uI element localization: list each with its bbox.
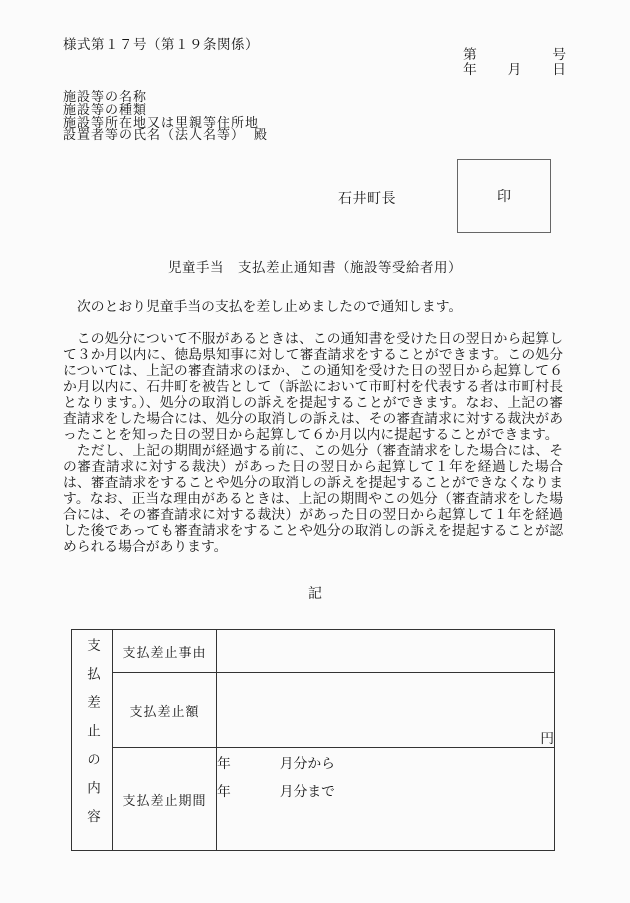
seal-label: 印 [497,186,511,206]
date-month-label: 月 [508,62,522,77]
period-from-suffix: 月分から [280,752,335,772]
doc-number-prefix: 第 [463,47,477,62]
suspension-details-table: 支払差止の内容 支払差止事由 支払差止額 円 支払差止期間 年 月分から 年 月… [71,629,555,851]
period-to-line: 年 月分まで [217,776,554,804]
stop-reason-value-cell [217,630,555,673]
date-day-label: 日 [552,62,566,77]
stop-period-value-cell: 年 月分から 年 月分まで [217,748,555,851]
table-row-header-cell: 支払差止の内容 [72,630,113,851]
document-title: 児童手当 支払差止通知書（施設等受給者用） [0,256,630,276]
table-row: 支払差止期間 年 月分から 年 月分まで [72,748,555,851]
row-header-vertical-text: 支払差止の内容 [82,638,102,838]
recipient-founder-name-label: 設置者等の氏名（法人名等） [63,127,245,142]
appeal-rights-paragraph-1: この処分について不服があるときは、この通知書を受けた日の翌日から起算して３か月以… [63,331,563,443]
document-number-date-block: 第 号 年 月 日 [463,47,566,77]
appeal-rights-paragraph-2: ただし、上記の期間が経過する前に、この処分（審査請求をした場合には、その審査請求… [63,443,563,555]
table-row: 支払差止額 円 [72,673,555,748]
intro-sentence: 次のとおり児童手当の支払を差し止めましたので通知します。 [63,295,563,315]
issuer-mayor-name: 石井町長 [338,188,396,208]
note-marker-ki: 記 [0,583,630,603]
period-from-year-label: 年 [217,752,231,772]
appeal-rights-text: この処分について不服があるときは、この通知書を受けた日の翌日から起算して３か月以… [63,331,563,555]
stop-amount-value-cell: 円 [217,673,555,748]
recipient-founder-name-line: 設置者等の氏名（法人名等）殿 [63,129,268,142]
recipient-honorific: 殿 [254,127,268,142]
period-to-year-label: 年 [217,780,231,800]
period-from-line: 年 月分から [217,748,554,776]
date-year-label: 年 [463,62,477,77]
date-line: 年 月 日 [463,62,566,77]
seal-box: 印 [457,159,551,233]
yen-unit-label: 円 [540,731,554,746]
recipient-block: 施設等の名称 施設等の種類 施設等所在地又は里親等住所地 設置者等の氏名（法人名… [63,91,268,142]
table-row: 支払差止の内容 支払差止事由 [72,630,555,673]
stop-period-label-cell: 支払差止期間 [113,748,217,851]
document-number-line: 第 号 [463,47,566,62]
stop-amount-label-cell: 支払差止額 [113,673,217,748]
doc-number-suffix: 号 [552,47,566,62]
period-to-suffix: 月分まで [280,780,335,800]
form-number: 様式第１７号（第１９条関係） [63,33,259,53]
stop-reason-label-cell: 支払差止事由 [113,630,217,673]
notice-document-page: 様式第１７号（第１９条関係） 第 号 年 月 日 施設等の名称 施設等の種類 施… [0,0,630,903]
